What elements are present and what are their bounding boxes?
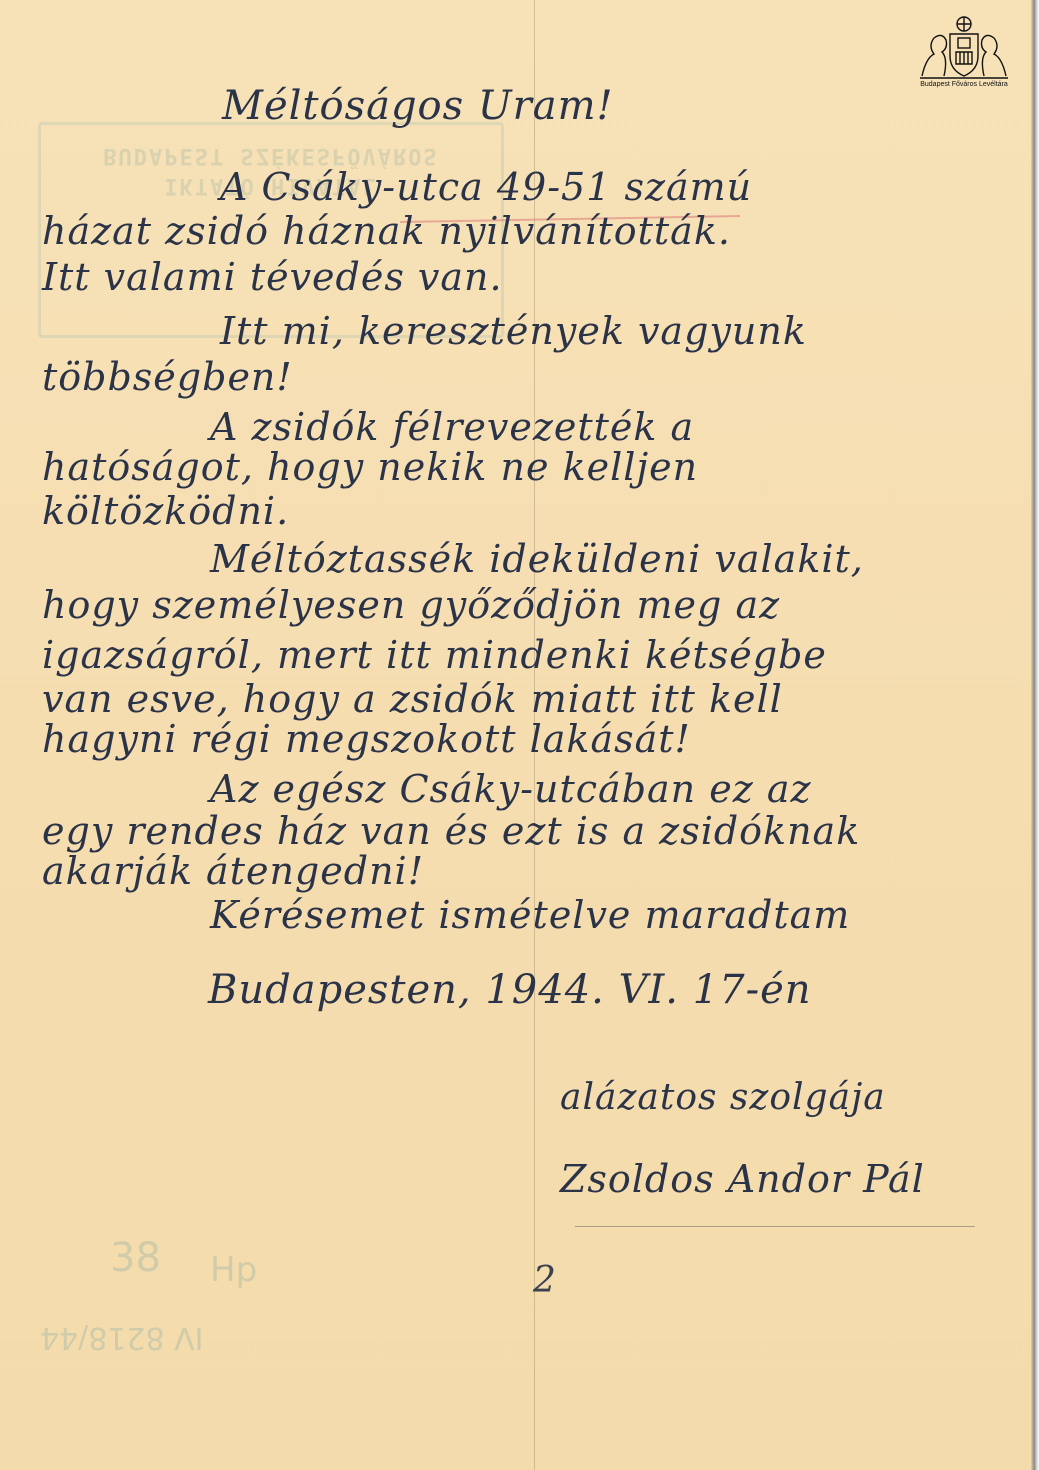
- closing-phrase: alázatos szolgája: [560, 1080, 886, 1116]
- letter-line: Az egész Csáky-utcában ez az: [210, 770, 812, 808]
- letter-line: Itt mi, keresztények vagyunk: [220, 312, 807, 350]
- pencil-mark-number: 38: [110, 1235, 161, 1281]
- letter-line: A Csáky-utca 49-51 számú: [220, 168, 752, 206]
- letter-line: A zsidók félrevezették a: [210, 408, 694, 446]
- salutation: Méltóságos Uram!: [222, 86, 614, 126]
- place-and-date: Budapesten, 1944. VI. 17-én: [208, 970, 812, 1010]
- signature: Zsoldos Andor Pál: [560, 1160, 925, 1198]
- page-edge: [1031, 0, 1039, 1470]
- letter-line: többségben!: [42, 358, 293, 396]
- letter-line: igazságról, mert itt mindenki kétségbe: [42, 636, 827, 674]
- letter-line: házat zsidó háznak nyilvánították.: [42, 212, 731, 250]
- budapest-coat-of-arms-icon: [916, 14, 1012, 80]
- letter-line: Kérésemet ismételve maradtam: [210, 896, 850, 934]
- letter-line: költözködni.: [42, 492, 289, 530]
- letter-line: hatóságot, hogy nekik ne kelljen: [42, 448, 698, 486]
- letter-line: hogy személyesen győződjön meg az: [42, 586, 780, 624]
- letter-line: egy rendes ház van és ezt is a zsidóknak: [42, 812, 860, 850]
- letter-line: akarják átengedni!: [42, 852, 424, 890]
- signature-underline: [575, 1226, 975, 1227]
- archive-logo: Budapest Főváros Levéltára: [908, 14, 1020, 94]
- letter-line: hagyni régi megszokott lakását!: [42, 720, 691, 758]
- pencil-mark-initials: Hp: [210, 1250, 257, 1290]
- pencil-mark-reference: IV 8218/44: [40, 1320, 204, 1355]
- page-number: 2: [533, 1260, 556, 1301]
- archive-caption: Budapest Főváros Levéltára: [908, 81, 1020, 88]
- letter-line: van esve, hogy a zsidók miatt itt kell: [42, 680, 783, 718]
- letter-line: Méltóztassék ideküldeni valakit,: [210, 540, 864, 578]
- letter-line: Itt valami tévedés van.: [42, 258, 503, 296]
